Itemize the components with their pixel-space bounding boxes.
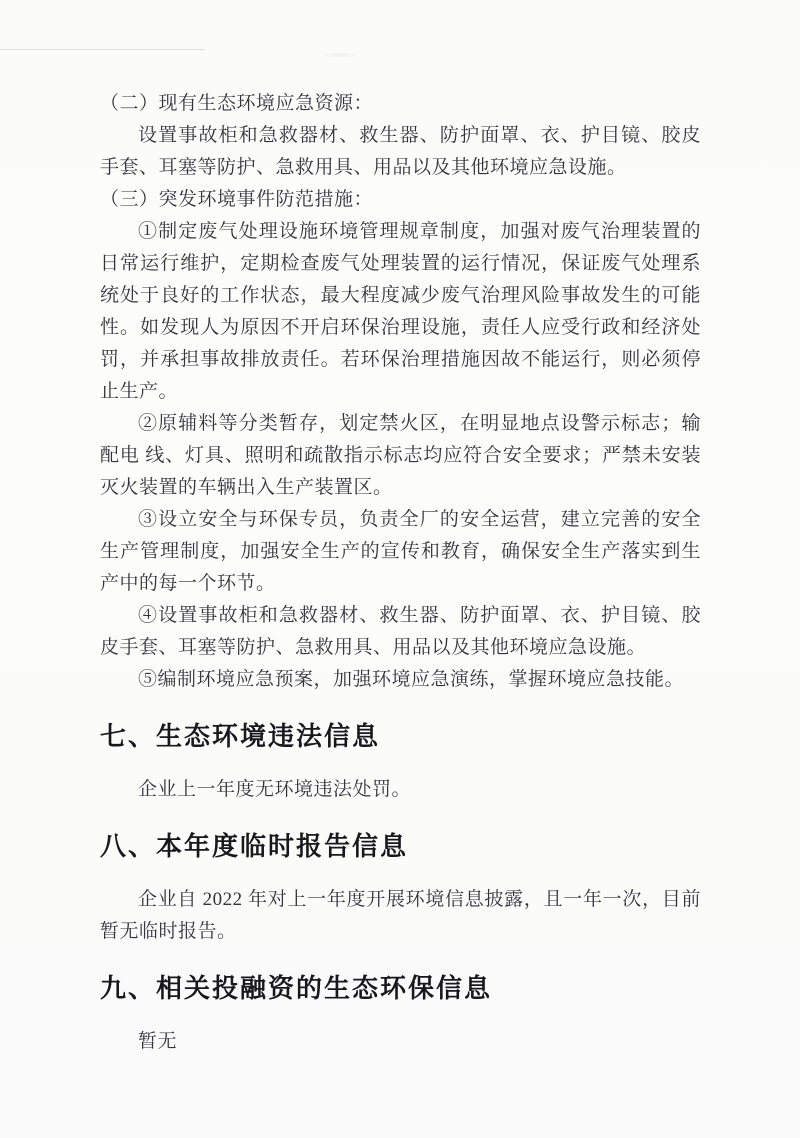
paragraph-measure-4: ④设置事故柜和急救器材、救生器、防护面罩、衣、护目镜、胶皮手套、耳塞等防护、急救… (100, 600, 701, 664)
section-label-incident-prevention-measures: （三）突发环境事件防范措施： (100, 184, 701, 216)
scanned-document-page: （二）现有生态环境应急资源： 设置事故柜和急救器材、救生器、防护面罩、衣、护目镜… (0, 0, 800, 1138)
section-label-existing-emergency-resources: （二）现有生态环境应急资源： (100, 88, 701, 120)
scan-artifact-streak (0, 49, 205, 50)
paragraph-emergency-equipment: 设置事故柜和急救器材、救生器、防护面罩、衣、护目镜、胶皮手套、耳塞等防护、急救用… (100, 120, 701, 184)
paragraph-measure-2: ②原辅料等分类暂存，划定禁火区，在明显地点设警示标志；输配电 线、灯具、照明和疏… (100, 408, 701, 504)
paragraph-none-yet: 暂无 (100, 1026, 701, 1058)
paragraph-no-violation: 企业上一年度无环境违法处罚。 (100, 774, 701, 806)
heading-8-temporary-report-info: 八、本年度临时报告信息 (100, 828, 701, 864)
scan-artifact-smudge (320, 52, 360, 58)
paragraph-disclosure-since-2022: 企业自 2022 年对上一年度开展环境信息披露，且一年一次，目前暂无临时报告。 (100, 884, 701, 948)
document-content: （二）现有生态环境应急资源： 设置事故柜和急救器材、救生器、防护面罩、衣、护目镜… (100, 88, 701, 1058)
heading-9-investment-financing-info: 九、相关投融资的生态环保信息 (100, 970, 701, 1006)
heading-7-environmental-violation-info: 七、生态环境违法信息 (100, 718, 701, 754)
paragraph-measure-1: ①制定废气处理设施环境管理规章制度，加强对废气治理装置的日常运行维护，定期检查废… (100, 216, 701, 408)
paragraph-measure-3: ③设立安全与环保专员，负责全厂的安全运营，建立完善的安全生产管理制度，加强安全生… (100, 504, 701, 600)
paragraph-measure-5: ⑤编制环境应急预案，加强环境应急演练，掌握环境应急技能。 (100, 664, 701, 696)
